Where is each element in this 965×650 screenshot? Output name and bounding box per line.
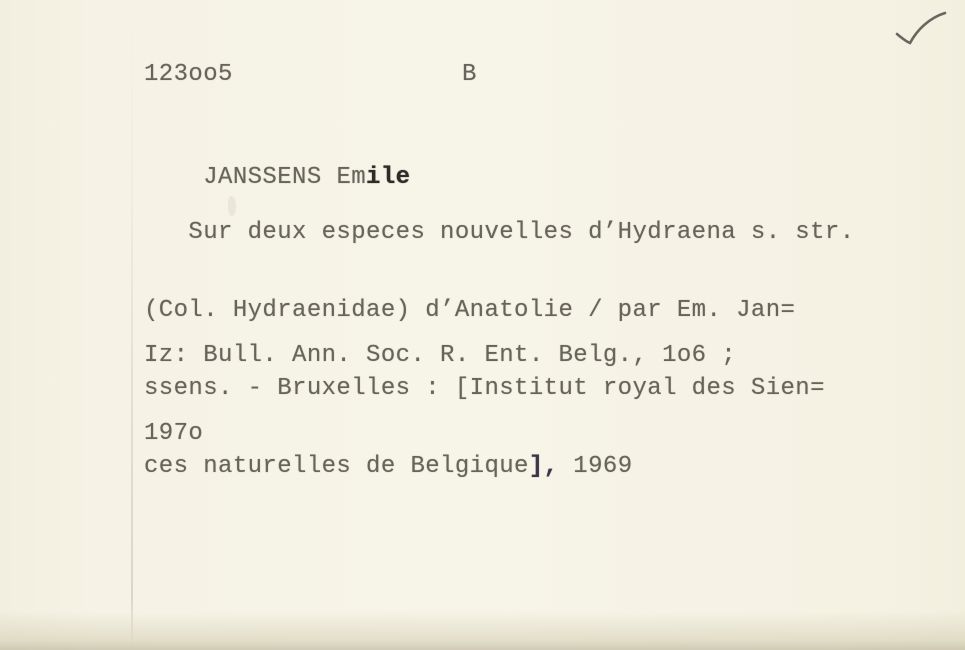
checkmark-icon xyxy=(893,10,949,54)
catalog-card: 123oo5 B JANSSENS Emile Sur deux especes… xyxy=(0,0,965,650)
section-letter: B xyxy=(462,62,477,88)
call-number: 123oo5 xyxy=(144,62,233,88)
card-crease xyxy=(131,0,133,650)
ink-smudge xyxy=(228,196,236,216)
citation-line: Iz: Bull. Ann. Soc. R. Ent. Belg., 1o6 ; xyxy=(144,343,736,369)
citation-line: 197o xyxy=(144,421,736,447)
title-line: Sur deux especes nouvelles d’Hydraena s.… xyxy=(144,220,855,246)
source-citation: Iz: Bull. Ann. Soc. R. Ent. Belg., 1o6 ;… xyxy=(144,291,736,499)
